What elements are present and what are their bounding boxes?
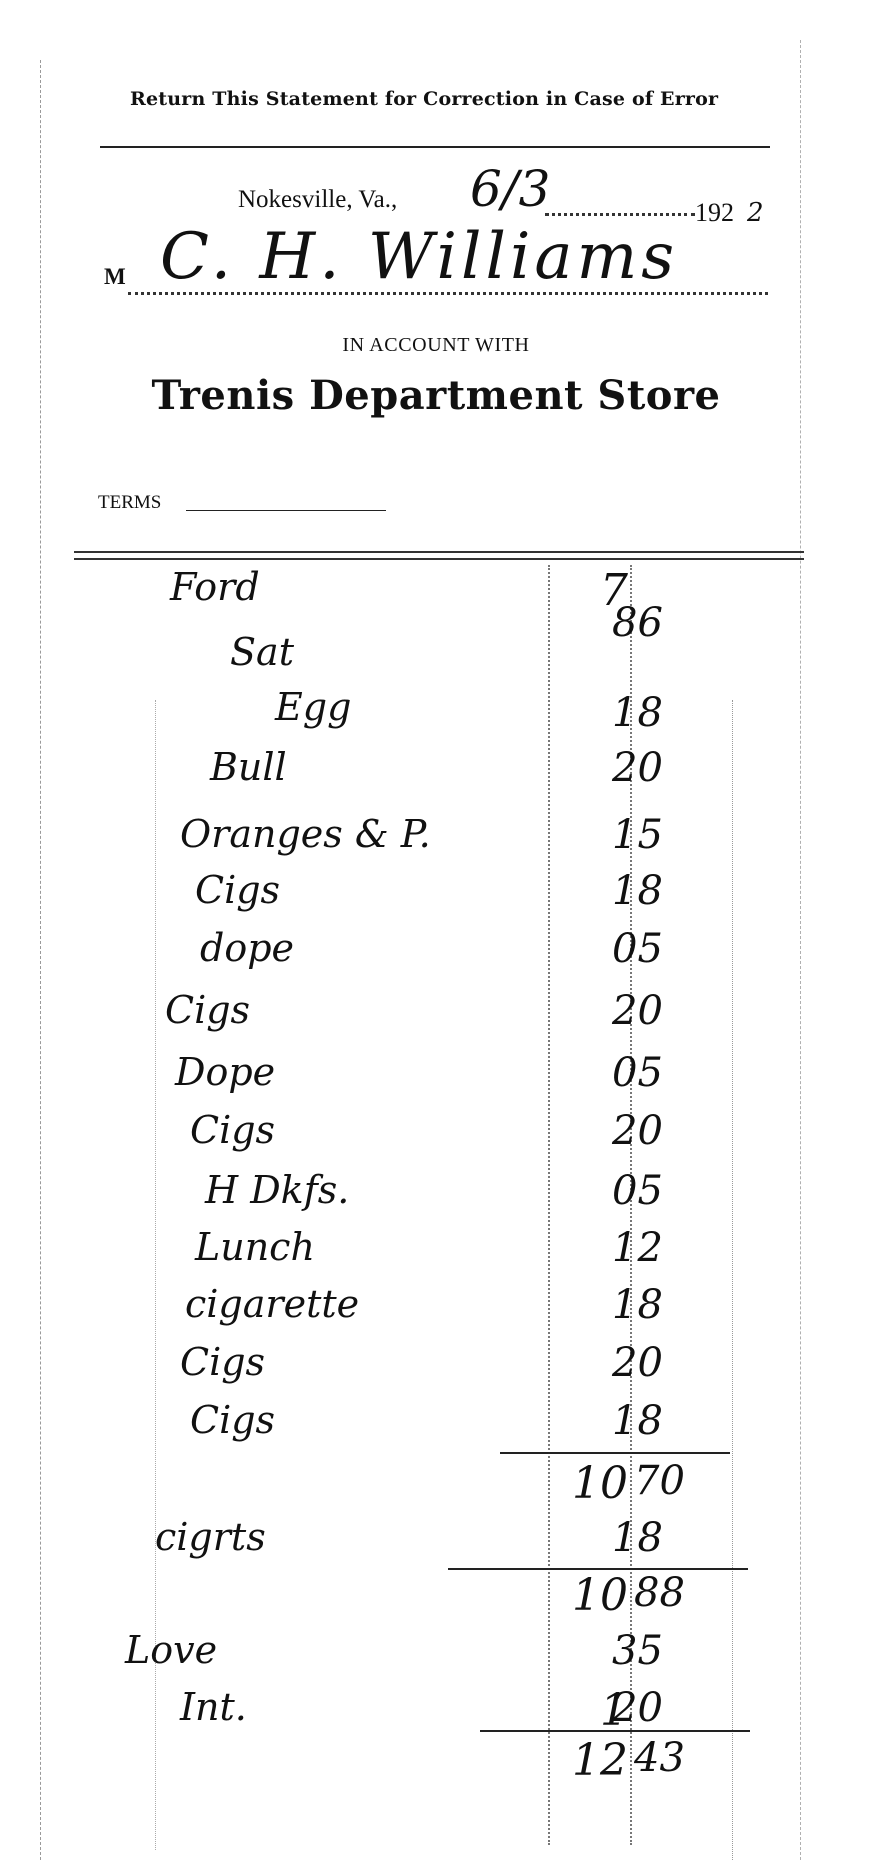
item-cents: 18 bbox=[612, 690, 663, 736]
item-description: Cigs bbox=[190, 1398, 275, 1442]
item-cents: 20 bbox=[612, 988, 663, 1034]
item-description: Bull bbox=[210, 745, 287, 789]
item-description: Sat bbox=[230, 630, 294, 674]
item-cents: 18 bbox=[612, 1398, 663, 1444]
item-cents: 05 bbox=[612, 1050, 663, 1096]
total-rule bbox=[480, 1730, 750, 1732]
paper-left-edge bbox=[40, 60, 41, 1860]
item-description: Cigs bbox=[165, 988, 250, 1032]
item-description: cigrts bbox=[155, 1515, 266, 1559]
item-description: Ford bbox=[170, 565, 260, 609]
item-cents: 05 bbox=[612, 1168, 663, 1214]
customer-name: C. H. Williams bbox=[160, 220, 678, 294]
store-name: Trenis Department Store bbox=[0, 372, 872, 419]
item-cents: 18 bbox=[612, 1515, 663, 1561]
subtotal-2-cents: 88 bbox=[634, 1570, 685, 1616]
year-handwritten: 2 bbox=[747, 198, 764, 228]
item-cents: 20 bbox=[612, 1340, 663, 1386]
right-column-line bbox=[732, 700, 733, 1860]
item-description: Int. bbox=[180, 1685, 247, 1729]
header-rule bbox=[100, 146, 770, 148]
item-cents: 18 bbox=[612, 868, 663, 914]
customer-prefix: M bbox=[104, 264, 126, 290]
terms-line bbox=[186, 510, 386, 511]
subtotal-rule bbox=[500, 1452, 730, 1454]
item-cents: 15 bbox=[612, 812, 663, 858]
item-description: Oranges & P. bbox=[180, 812, 431, 856]
name-dotted-line bbox=[128, 292, 768, 295]
item-cents: 35 bbox=[612, 1628, 663, 1674]
item-cents: 20 bbox=[612, 1108, 663, 1154]
item-description: dope bbox=[200, 926, 294, 970]
place-label: Nokesville, Va., bbox=[238, 186, 397, 214]
item-description: Egg bbox=[275, 685, 351, 729]
year-printed: 192 bbox=[695, 198, 734, 228]
date-dotted-line bbox=[545, 213, 695, 216]
statement-page: Return This Statement for Correction in … bbox=[0, 0, 872, 1872]
left-margin-line bbox=[155, 700, 156, 1850]
subtotal-1-cents: 70 bbox=[634, 1458, 685, 1504]
account-with-label: IN ACCOUNT WITH bbox=[0, 334, 872, 357]
date-handwritten: 6/3 bbox=[470, 160, 550, 218]
item-description: Dope bbox=[175, 1050, 275, 1094]
item-cents: 18 bbox=[612, 1282, 663, 1328]
item-description: H Dkfs. bbox=[205, 1168, 349, 1212]
subtotal-1-dollars: 10 bbox=[548, 1458, 628, 1509]
item-cents: 20 bbox=[612, 1685, 663, 1731]
ledger-top-rule bbox=[74, 551, 804, 553]
item-cents: 12 bbox=[612, 1225, 663, 1271]
subtotal-2-dollars: 10 bbox=[548, 1570, 628, 1621]
item-description: Cigs bbox=[195, 868, 280, 912]
item-cents: 05 bbox=[612, 926, 663, 972]
item-description: Cigs bbox=[180, 1340, 265, 1384]
item-description: Cigs bbox=[190, 1108, 275, 1152]
ledger-top-rule-2 bbox=[74, 558, 804, 560]
dollars-column-line bbox=[548, 565, 550, 1845]
total-cents: 43 bbox=[634, 1735, 685, 1781]
header-note: Return This Statement for Correction in … bbox=[130, 88, 718, 110]
paper-right-edge bbox=[800, 40, 801, 1860]
item-cents: 86 bbox=[612, 600, 663, 646]
total-dollars: 12 bbox=[548, 1735, 628, 1786]
item-cents: 20 bbox=[612, 745, 663, 791]
item-description: cigarette bbox=[185, 1282, 359, 1326]
item-description: Love bbox=[125, 1628, 217, 1672]
terms-label: TERMS bbox=[98, 492, 161, 514]
item-description: Lunch bbox=[195, 1225, 315, 1269]
